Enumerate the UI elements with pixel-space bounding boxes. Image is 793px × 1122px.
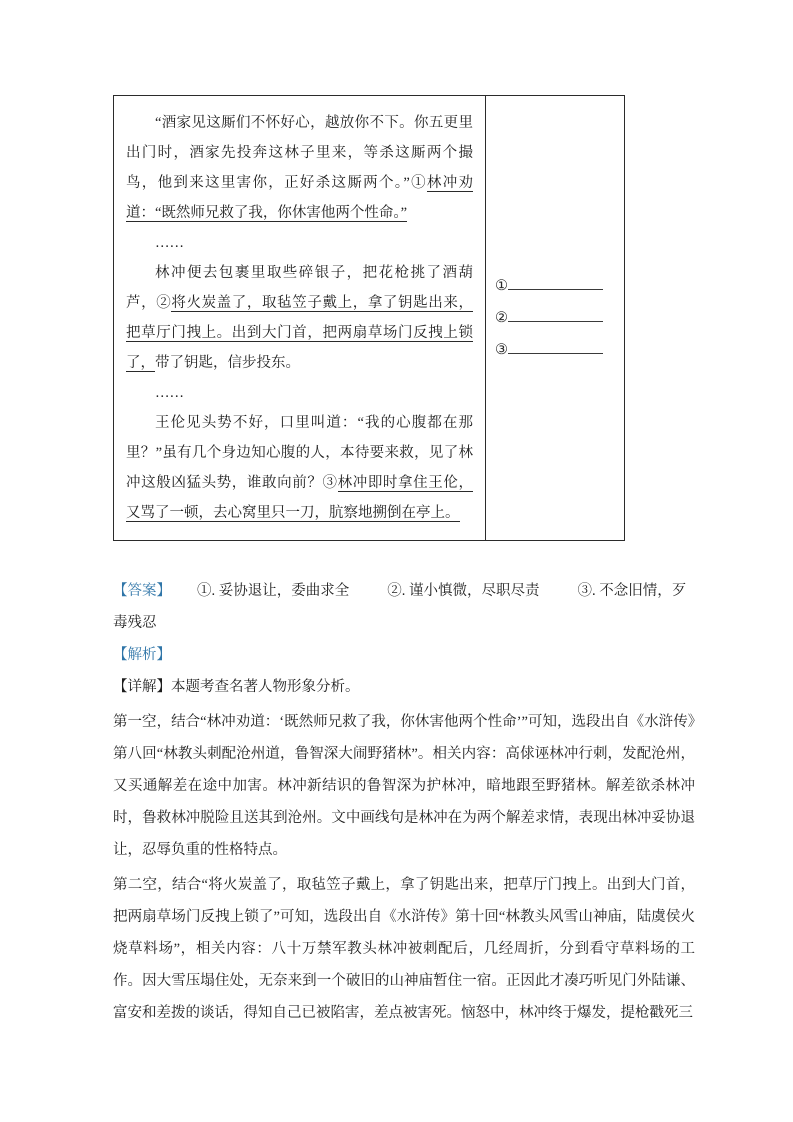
page-content: “酒家见这厮们不怀好心，越放你不下。你五更里出门时，酒家先投奔这林子里来，等杀这… — [113, 95, 695, 1029]
passage-text: “酒家见这厮们不怀好心，越放你不下。你五更里出门时，酒家先投奔这林子里来，等杀这… — [126, 115, 473, 191]
answer-label: 【答案】 — [113, 583, 171, 599]
answer-blank-3: ③ — [495, 334, 618, 366]
analysis-label-line: 【解析】 — [113, 639, 695, 671]
passage-paragraph-3: 王伦见头势不好，口里叫道：“我的心腹都在那里？”虽有几个身边知心腹的人，本待要来… — [126, 408, 473, 528]
answer-line: 【答案】①. 妥协退让，委曲求全②. 谨小慎微，尽职尽责③. 不念旧情，歹毒残忍 — [113, 575, 695, 639]
blanks-cell: ① ② ③ — [486, 96, 624, 540]
passage-text: 带了钥匙，信步投东。 — [155, 355, 300, 371]
analysis-label: 【解析】 — [113, 647, 171, 663]
answer-blank-2: ② — [495, 302, 618, 334]
answer-blank-1: ① — [495, 270, 618, 302]
analysis-paragraph-1: 第一空，结合“林冲劝道：‘既然师兄救了我，你休害他两个性命’”可知，选段出自《水… — [113, 706, 695, 866]
passage-cell: “酒家见这厮们不怀好心，越放你不下。你五更里出门时，酒家先投奔这林子里来，等杀这… — [114, 96, 486, 540]
blank-underline-3 — [508, 340, 603, 354]
blank-underline-1 — [508, 276, 603, 290]
passage-paragraph-2: 林冲便去包裹里取些碎银子，把花枪挑了酒葫芦，②将火炭盖了，取毡笠子戴上，拿了钥匙… — [126, 258, 473, 378]
blank-number-3: ③ — [495, 342, 508, 358]
detail-line: 【详解】本题考查名著人物形象分析。 — [113, 671, 695, 703]
answer-analysis-section: 【答案】①. 妥协退让，委曲求全②. 谨小慎微，尽职尽责③. 不念旧情，歹毒残忍… — [113, 575, 695, 1029]
blank-underline-2 — [508, 308, 603, 322]
passage-ellipsis-1: …… — [126, 228, 473, 258]
blank-number-2: ② — [495, 310, 508, 326]
analysis-paragraph-2: 第二空，结合“将火炭盖了，取毡笠子戴上，拿了钥匙出来，把草厅门拽上。出到大门首，… — [113, 869, 695, 1029]
answer-item-2: ②. 谨小慎微，尽职尽责 — [387, 583, 539, 599]
passage-paragraph-1: “酒家见这厮们不怀好心，越放你不下。你五更里出门时，酒家先投奔这林子里来，等杀这… — [126, 108, 473, 228]
passage-table: “酒家见这厮们不怀好心，越放你不下。你五更里出门时，酒家先投奔这林子里来，等杀这… — [113, 95, 625, 541]
answer-item-1: ①. 妥协退让，委曲求全 — [197, 583, 349, 599]
detail-text: 本题考查名著人物形象分析。 — [171, 679, 360, 695]
detail-label: 【详解】 — [113, 679, 171, 695]
passage-ellipsis-2: …… — [126, 378, 473, 408]
blank-number-1: ① — [495, 278, 508, 294]
document-page: “酒家见这厮们不怀好心，越放你不下。你五更里出门时，酒家先投奔这林子里来，等杀这… — [0, 0, 793, 1122]
